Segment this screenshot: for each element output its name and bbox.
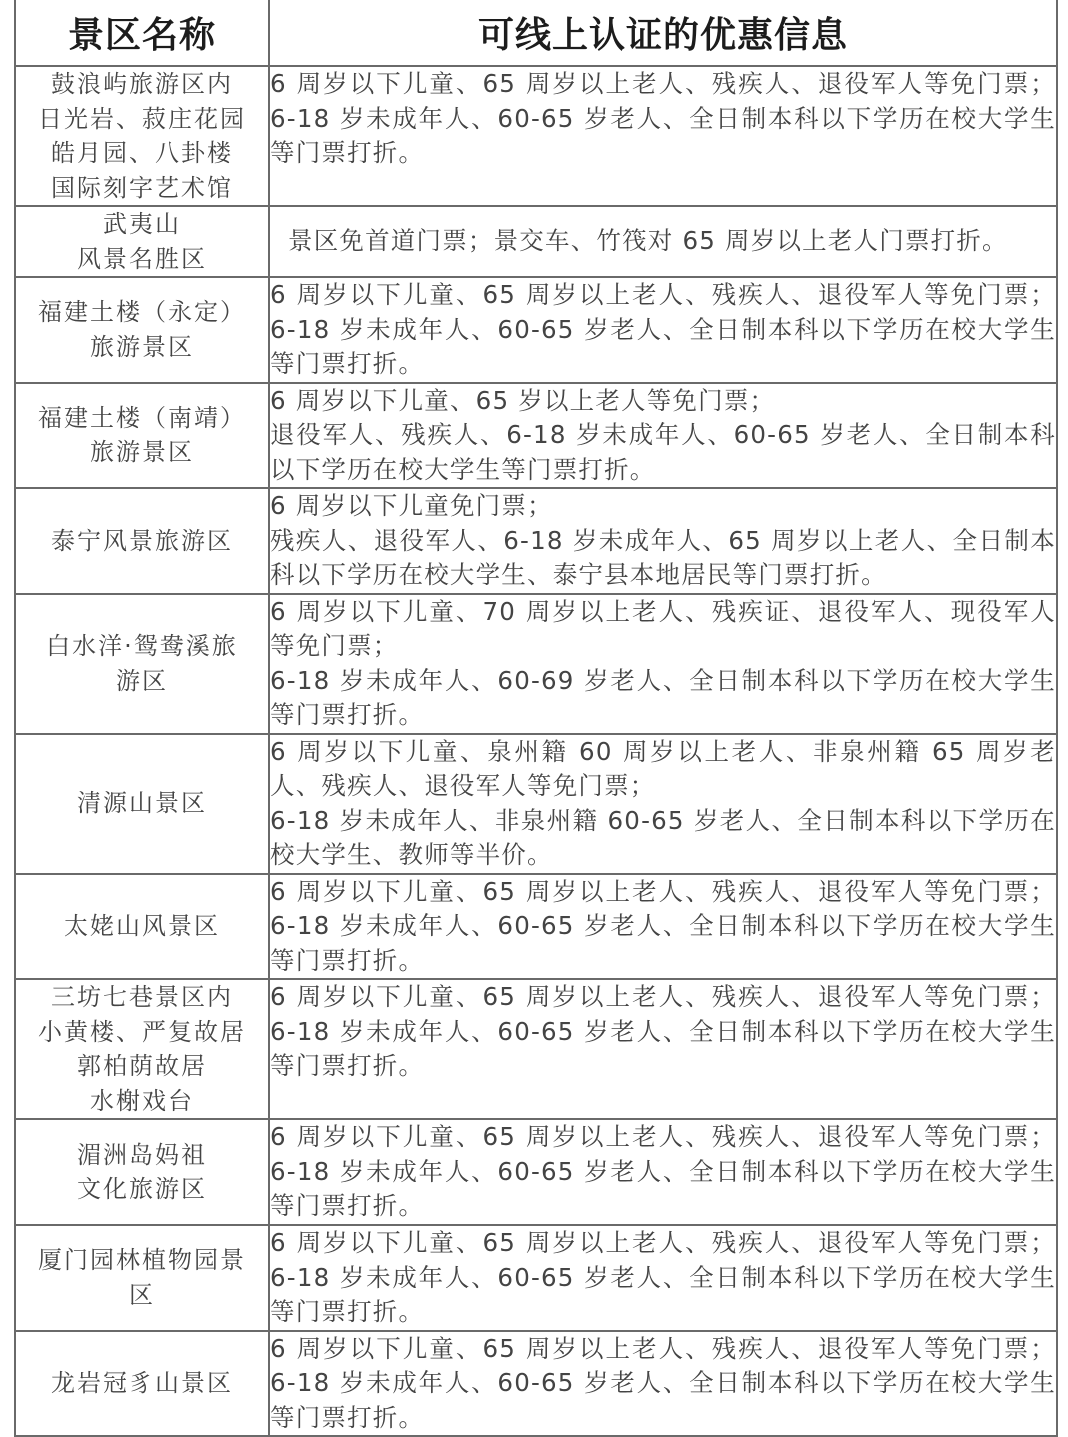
- table-row: 湄洲岛妈祖 文化旅游区 6 周岁以下儿童、65 周岁以上老人、残疾人、退役军人等…: [15, 1119, 1057, 1225]
- discount-info-cell: 6 周岁以下儿童、泉州籍 60 周岁以上老人、非泉州籍 65 周岁老人、残疾人、…: [269, 734, 1057, 874]
- discount-info-cell: 景区免首道门票；景交车、竹筏对 65 周岁以上老人门票打折。: [269, 206, 1057, 277]
- scenic-name-cell: 厦门园林植物园景 区: [15, 1225, 269, 1331]
- scenic-name-cell: 泰宁风景旅游区: [15, 488, 269, 594]
- discount-info-cell: 6 周岁以下儿童、65 周岁以上老人、残疾人、退役军人等免门票；6-18 岁未成…: [269, 874, 1057, 980]
- discount-info-cell: 6 周岁以下儿童、65 岁以上老人等免门票； 退役军人、残疾人、6-18 岁未成…: [269, 383, 1057, 489]
- header-scenic-name: 景区名称: [15, 0, 269, 66]
- table-row: 泰宁风景旅游区 6 周岁以下儿童免门票； 残疾人、退役军人、6-18 岁未成年人…: [15, 488, 1057, 594]
- discount-info-cell: 6 周岁以下儿童、65 周岁以上老人、残疾人、退役军人等免门票；6-18 岁未成…: [269, 1225, 1057, 1331]
- scenic-name-cell: 福建土楼（永定） 旅游景区: [15, 277, 269, 383]
- table-row: 武夷山 风景名胜区 景区免首道门票；景交车、竹筏对 65 周岁以上老人门票打折。: [15, 206, 1057, 277]
- discount-info-cell: 6 周岁以下儿童、65 周岁以上老人、残疾人、退役军人等免门票；6-18 岁未成…: [269, 979, 1057, 1119]
- scenic-name-cell: 湄洲岛妈祖 文化旅游区: [15, 1119, 269, 1225]
- scenic-name-cell: 武夷山 风景名胜区: [15, 206, 269, 277]
- table-row: 太姥山风景区 6 周岁以下儿童、65 周岁以上老人、残疾人、退役军人等免门票；6…: [15, 874, 1057, 980]
- discount-info-cell: 6 周岁以下儿童、65 周岁以上老人、残疾人、退役军人等免门票；6-18 岁未成…: [269, 1331, 1057, 1437]
- scenic-name-cell: 太姥山风景区: [15, 874, 269, 980]
- table-row: 厦门园林植物园景 区 6 周岁以下儿童、65 周岁以上老人、残疾人、退役军人等免…: [15, 1225, 1057, 1331]
- scenic-discount-table: 景区名称 可线上认证的优惠信息 鼓浪屿旅游区内 日光岩、菽庄花园 皓月园、八卦楼…: [14, 0, 1058, 1437]
- scenic-name-cell: 福建土楼（南靖） 旅游景区: [15, 383, 269, 489]
- header-discount-info: 可线上认证的优惠信息: [269, 0, 1057, 66]
- header-row: 景区名称 可线上认证的优惠信息: [15, 0, 1057, 66]
- scenic-name-cell: 白水洋·鸳鸯溪旅 游区: [15, 594, 269, 734]
- table-row: 白水洋·鸳鸯溪旅 游区 6 周岁以下儿童、70 周岁以上老人、残疾证、退役军人、…: [15, 594, 1057, 734]
- table-row: 福建土楼（南靖） 旅游景区 6 周岁以下儿童、65 岁以上老人等免门票； 退役军…: [15, 383, 1057, 489]
- discount-info-cell: 6 周岁以下儿童、70 周岁以上老人、残疾证、退役军人、现役军人等免门票； 6-…: [269, 594, 1057, 734]
- discount-info-cell: 6 周岁以下儿童、65 周岁以上老人、残疾人、退役军人等免门票；6-18 岁未成…: [269, 1119, 1057, 1225]
- table-row: 三坊七巷景区内 小黄楼、严复故居 郭柏荫故居 水榭戏台 6 周岁以下儿童、65 …: [15, 979, 1057, 1119]
- scenic-name-cell: 鼓浪屿旅游区内 日光岩、菽庄花园 皓月园、八卦楼 国际刻字艺术馆: [15, 66, 269, 206]
- scenic-name-cell: 清源山景区: [15, 734, 269, 874]
- table-row: 清源山景区 6 周岁以下儿童、泉州籍 60 周岁以上老人、非泉州籍 65 周岁老…: [15, 734, 1057, 874]
- discount-info-cell: 6 周岁以下儿童免门票； 残疾人、退役军人、6-18 岁未成年人、65 周岁以上…: [269, 488, 1057, 594]
- table-row: 龙岩冠豸山景区 6 周岁以下儿童、65 周岁以上老人、残疾人、退役军人等免门票；…: [15, 1331, 1057, 1437]
- scenic-name-cell: 三坊七巷景区内 小黄楼、严复故居 郭柏荫故居 水榭戏台: [15, 979, 269, 1119]
- table-row: 福建土楼（永定） 旅游景区 6 周岁以下儿童、65 周岁以上老人、残疾人、退役军…: [15, 277, 1057, 383]
- discount-info-cell: 6 周岁以下儿童、65 周岁以上老人、残疾人、退役军人等免门票；6-18 岁未成…: [269, 277, 1057, 383]
- discount-info-cell: 6 周岁以下儿童、65 周岁以上老人、残疾人、退役军人等免门票；6-18 岁未成…: [269, 66, 1057, 206]
- scenic-name-cell: 龙岩冠豸山景区: [15, 1331, 269, 1437]
- table-row: 鼓浪屿旅游区内 日光岩、菽庄花园 皓月园、八卦楼 国际刻字艺术馆 6 周岁以下儿…: [15, 66, 1057, 206]
